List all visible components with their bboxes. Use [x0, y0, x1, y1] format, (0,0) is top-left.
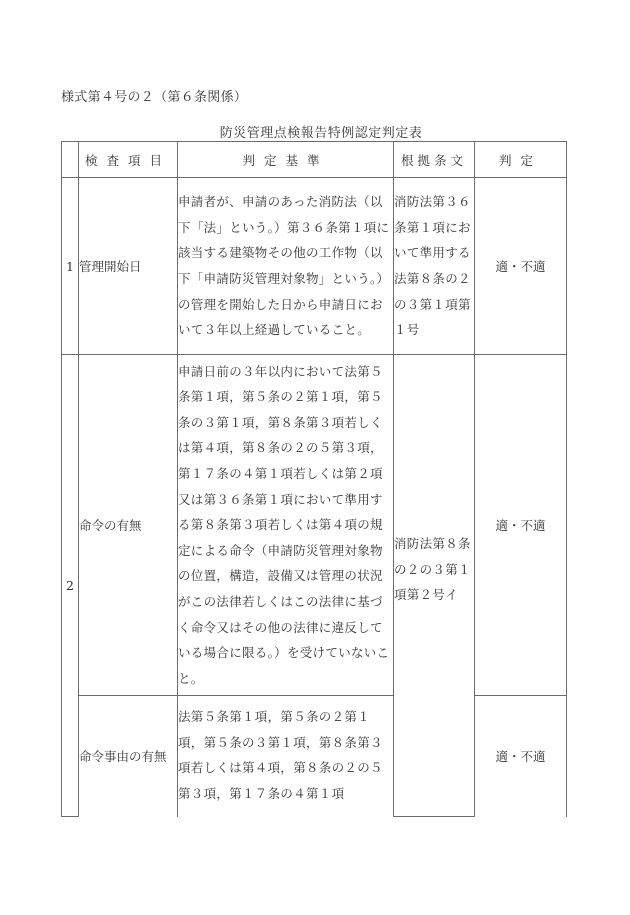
table-header-row: 検査項目 判定基準 根拠条文 判定: [62, 142, 567, 178]
table-row: 2 命令の有無 申請日前の３年以内において法第５条第１項，第５条の２第１項，第５…: [62, 355, 567, 696]
header-criteria: 判定基準: [178, 142, 394, 178]
inspection-item: 管理開始日: [79, 178, 178, 355]
legal-basis-text: 消防法第３６条第１項において準用する法第８条の２の３第１項第１号: [394, 178, 475, 355]
judgment-table: 検査項目 判定基準 根拠条文 判定 1 管理開始日 申請者が、申請のあった消防法…: [61, 141, 567, 817]
form-number-label: 様式第４号の２（第６条関係）: [61, 86, 247, 105]
criteria-text: 申請者が、申請のあった消防法（以下「法」という。）第３６条第１項に該当する建築物…: [178, 178, 394, 355]
document-title: 防災管理点検報告特例認定判定表: [0, 122, 630, 141]
judgment-value: 適・不適: [475, 178, 567, 355]
criteria-text: 法第５条第１項，第５条の２第１項，第５条の３第１項，第８条第３項若しくは第４項，…: [178, 696, 394, 817]
header-judgment: 判定: [475, 142, 567, 178]
table-row: 命令事由の有無 法第５条第１項，第５条の２第１項，第５条の３第１項，第８条第３項…: [62, 696, 567, 817]
header-legal-basis: 根拠条文: [394, 142, 475, 178]
row-number: 2: [62, 355, 79, 817]
row-number: 1: [62, 178, 79, 355]
criteria-text: 申請日前の３年以内において法第５条第１項，第５条の２第１項，第５条の３第１項，第…: [178, 355, 394, 696]
judgment-value: 適・不適: [475, 696, 567, 817]
inspection-item: 命令事由の有無: [79, 696, 178, 817]
judgment-value: 適・不適: [475, 355, 567, 696]
legal-basis-text: 消防法第８条の２の３第１項第２号イ: [394, 355, 475, 817]
inspection-item: 命令の有無: [79, 355, 178, 696]
header-no: [62, 142, 79, 178]
table-row: 1 管理開始日 申請者が、申請のあった消防法（以下「法」という。）第３６条第１項…: [62, 178, 567, 355]
header-inspection-item: 検査項目: [79, 142, 178, 178]
